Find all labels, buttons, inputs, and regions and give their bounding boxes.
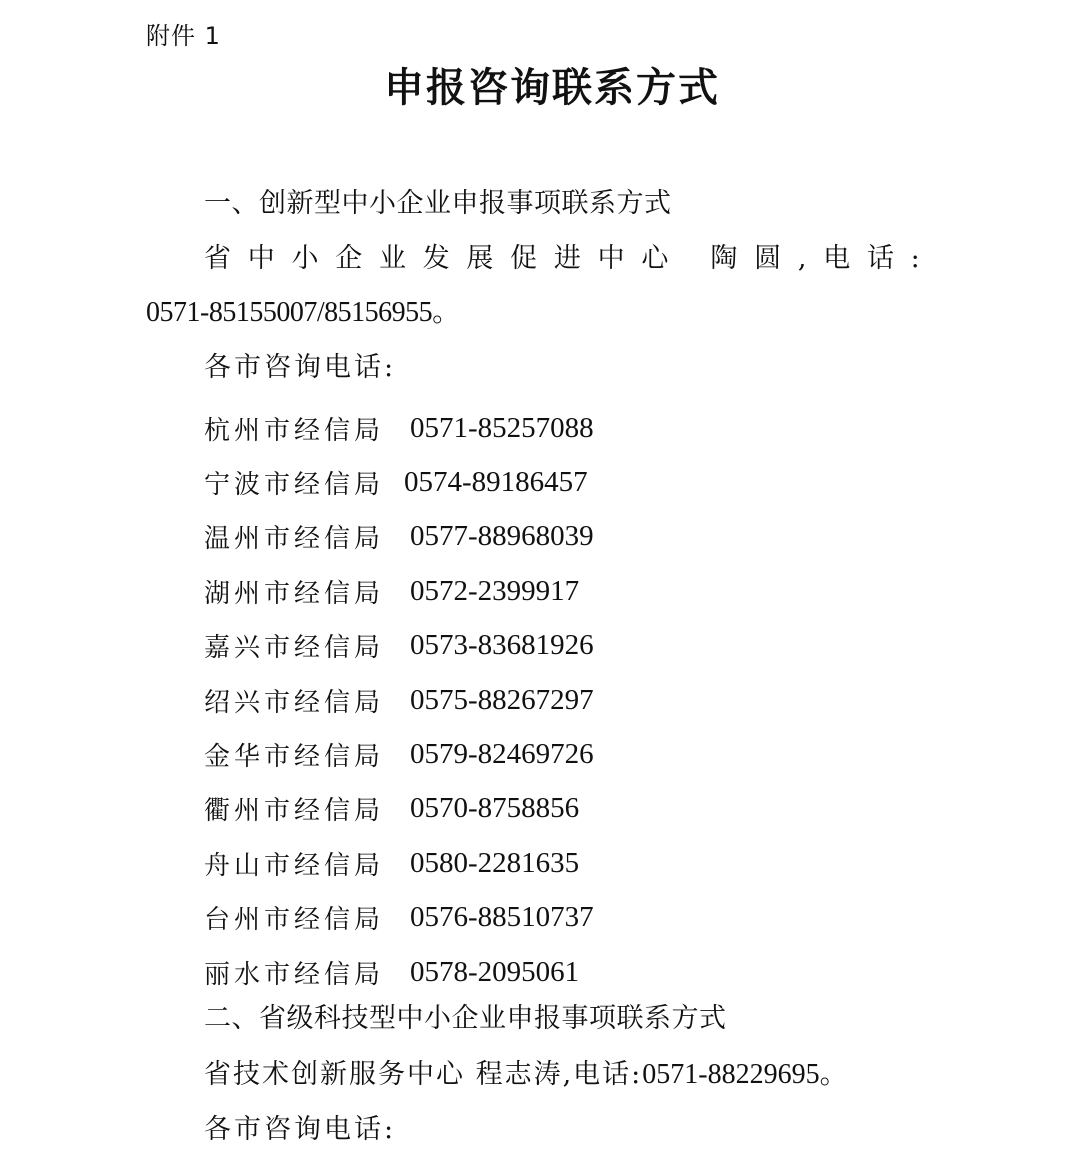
bureau-row-taizhou: 台州市经信局 0576-88510737: [204, 891, 594, 945]
bureau-phone: 0571-85257088: [410, 412, 594, 445]
bureau-name: 衢州市经信局: [204, 790, 410, 827]
bureau-row-shaoxing: 绍兴市经信局 0575-88267297: [204, 673, 594, 727]
section-1-heading: 一、创新型中小企业申报事项联系方式: [204, 184, 672, 224]
bureau-row-zhoushan: 舟山市经信局 0580-2281635: [204, 836, 594, 890]
phone-label-char: 电: [823, 239, 850, 279]
section-1-contact-line: 省 中 小 企 业 发 展 促 进 中 心 陶 圆 , 电 话 :: [204, 239, 920, 279]
bureau-phone: 0576-88510737: [410, 901, 594, 934]
bureau-phone: 0573-83681926: [410, 629, 594, 662]
phone-label-char: 话: [867, 239, 894, 279]
bureau-row-wenzhou: 温州市经信局 0577-88968039: [204, 510, 594, 564]
punctuation: :: [911, 239, 920, 279]
contact-person-char: 陶: [710, 239, 737, 279]
document-page: 附件 1 申报咨询联系方式 一、创新型中小企业申报事项联系方式 省 中 小 企 …: [0, 0, 1080, 1160]
char: 发: [423, 239, 450, 279]
contact-person-char: 圆: [754, 239, 781, 279]
section-1-city-label: 各市咨询电话:: [204, 348, 396, 388]
bureau-name: 台州市经信局: [204, 899, 410, 936]
char: 中: [598, 239, 625, 279]
bureau-phone: 0580-2281635: [410, 847, 579, 880]
char: 企: [335, 239, 362, 279]
section-2-contact-phone: 0571-88229695。: [642, 1059, 847, 1090]
attachment-label: 附件 1: [146, 16, 221, 56]
section-1-contact-phone: 0571-85155007/85156955。: [146, 293, 460, 333]
char: 促: [510, 239, 537, 279]
bureau-row-hangzhou: 杭州市经信局 0571-85257088: [204, 401, 594, 455]
char: 进: [554, 239, 581, 279]
bureau-name: 绍兴市经信局: [204, 682, 410, 719]
section-2-city-label: 各市咨询电话:: [204, 1110, 396, 1150]
section-2-heading: 二、省级科技型中小企业申报事项联系方式: [204, 999, 727, 1039]
bureau-name: 舟山市经信局: [204, 845, 410, 882]
char: 中: [248, 239, 275, 279]
bureau-phone: 0572-2399917: [410, 575, 579, 608]
bureau-name: 丽水市经信局: [204, 954, 410, 991]
bureau-phone: 0575-88267297: [410, 684, 594, 717]
char: 展: [466, 239, 493, 279]
char: 心: [641, 239, 668, 279]
bureau-contact-list: 杭州市经信局 0571-85257088 宁波市经信局 0574-8918645…: [204, 401, 594, 999]
bureau-row-ningbo: 宁波市经信局 0574-89186457: [204, 455, 594, 509]
bureau-row-lishui: 丽水市经信局 0578-2095061: [204, 945, 594, 999]
bureau-phone: 0577-88968039: [410, 520, 594, 553]
bureau-phone: 0570-8758856: [410, 792, 579, 825]
char: 小: [291, 239, 318, 279]
char: 省: [204, 239, 231, 279]
bureau-phone: 0574-89186457: [404, 466, 588, 499]
gap: [685, 239, 694, 279]
bureau-name: 嘉兴市经信局: [204, 627, 410, 664]
document-title: 申报咨询联系方式: [0, 60, 1080, 116]
bureau-name: 湖州市经信局: [204, 573, 410, 610]
bureau-row-quzhou: 衢州市经信局 0570-8758856: [204, 782, 594, 836]
bureau-name: 金华市经信局: [204, 736, 410, 773]
bureau-row-jiaxing: 嘉兴市经信局 0573-83681926: [204, 619, 594, 673]
bureau-name: 温州市经信局: [204, 518, 410, 555]
bureau-row-jinhua: 金华市经信局 0579-82469726: [204, 727, 594, 781]
bureau-row-huzhou: 湖州市经信局 0572-2399917: [204, 564, 594, 618]
section-2-contact-line: 省技术创新服务中心 程志涛,电话:0571-88229695。: [204, 1055, 848, 1095]
bureau-phone: 0579-82469726: [410, 738, 594, 771]
section-2-contact-text: 省技术创新服务中心 程志涛,电话:: [204, 1059, 642, 1090]
bureau-name: 宁波市经信局: [204, 464, 410, 501]
punctuation: ,: [798, 239, 807, 279]
char: 业: [379, 239, 406, 279]
bureau-phone: 0578-2095061: [410, 956, 579, 989]
bureau-name: 杭州市经信局: [204, 410, 410, 447]
